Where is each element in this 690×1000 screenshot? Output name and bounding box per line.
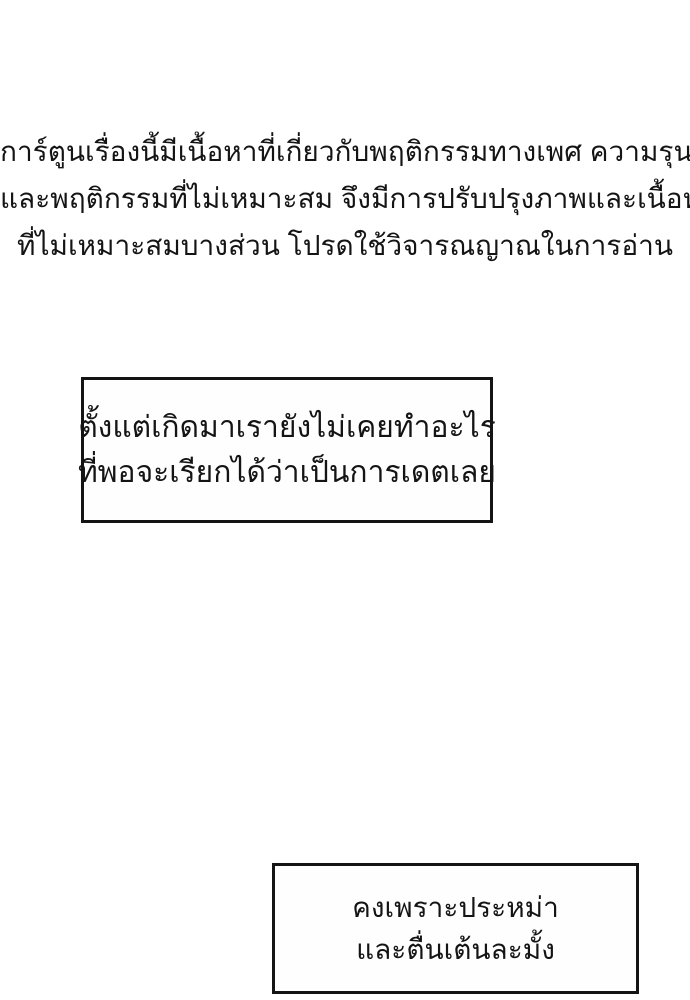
dialogue-box-1-line-2: ที่พอจะเรียกได้ว่าเป็นการเดตเลย (78, 450, 496, 495)
content-warning-line-1: การ์ตูนเรื่องนี้มีเนื้อหาที่เกี่ยวกับพฤต… (0, 128, 690, 175)
dialogue-box-2-line-2: และตื่นเต้นละมั้ง (356, 929, 555, 971)
content-warning-line-3: ที่ไม่เหมาะสมบางส่วน โปรดใช้วิจารณญาณในก… (0, 222, 690, 269)
dialogue-box-2-line-1: คงเพราะประหม่า (352, 887, 559, 929)
dialogue-box-1: ตั้งแต่เกิดมาเรายังไม่เคยทำอะไร ที่พอจะเ… (81, 377, 493, 523)
content-warning-text: การ์ตูนเรื่องนี้มีเนื้อหาที่เกี่ยวกับพฤต… (0, 128, 690, 269)
comic-page: การ์ตูนเรื่องนี้มีเนื้อหาที่เกี่ยวกับพฤต… (0, 0, 690, 1000)
dialogue-box-1-line-1: ตั้งแต่เกิดมาเรายังไม่เคยทำอะไร (78, 405, 496, 450)
content-warning-line-2: และพฤติกรรมที่ไม่เหมาะสม จึงมีการปรับปรุ… (0, 175, 690, 222)
dialogue-box-2: คงเพราะประหม่า และตื่นเต้นละมั้ง (272, 863, 639, 994)
